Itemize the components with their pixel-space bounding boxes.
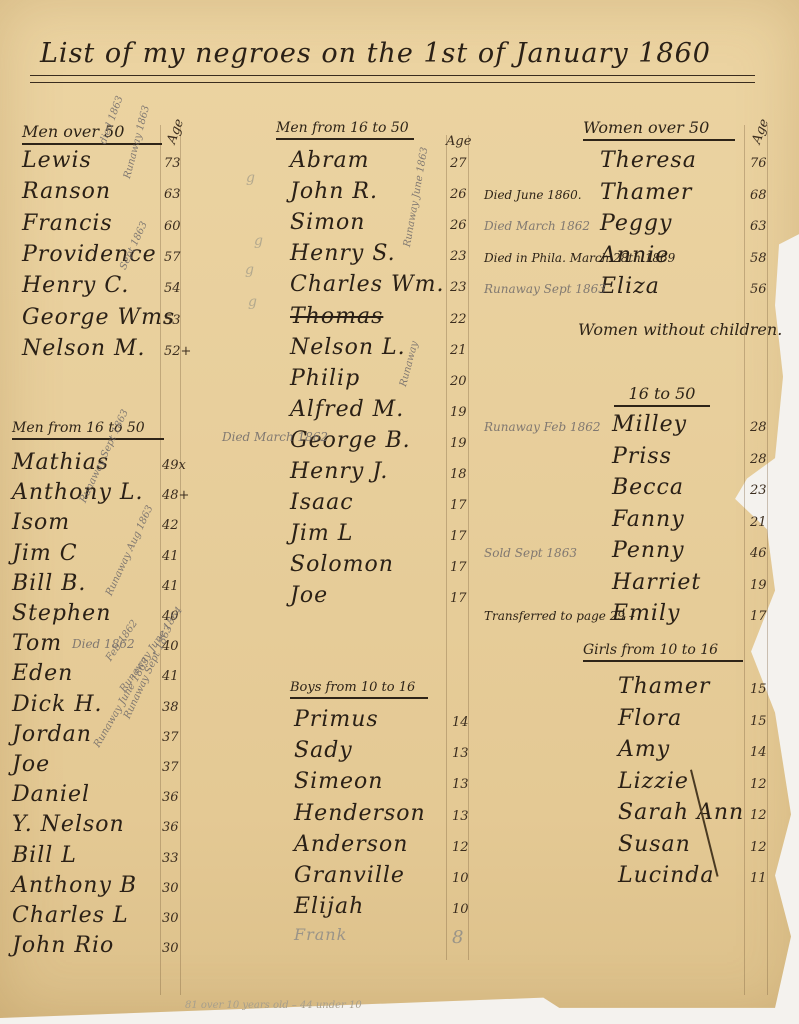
age-value: 36 bbox=[162, 820, 179, 835]
person-name: Thomas bbox=[290, 304, 383, 329]
person-name: Amy bbox=[618, 737, 670, 762]
person-name: Lucinda bbox=[618, 863, 715, 888]
age-value: 49x bbox=[162, 458, 186, 473]
age-value: 19 bbox=[750, 578, 767, 593]
person-name: Dick H. bbox=[12, 692, 103, 717]
section-heading-women-without-children: Women without children. bbox=[578, 320, 754, 341]
age-value: 17 bbox=[450, 560, 467, 575]
age-value: 42 bbox=[162, 518, 179, 533]
age-value: 10 bbox=[452, 902, 469, 917]
age-value: 37 bbox=[162, 730, 179, 745]
person-name: Henry C. bbox=[22, 273, 129, 298]
age-value: 21 bbox=[450, 343, 467, 358]
pencil-mark: g bbox=[254, 233, 263, 249]
age-value: 36 bbox=[162, 790, 179, 805]
age-value: 41 bbox=[162, 579, 179, 594]
person-name: Jim L bbox=[290, 521, 353, 546]
person-name: Francis bbox=[22, 211, 113, 236]
person-name: Sarah Ann bbox=[618, 800, 744, 825]
age-value: 58 bbox=[750, 251, 767, 266]
age-value: 54 bbox=[164, 281, 181, 296]
margin-annotation: Died March 1862 bbox=[222, 430, 328, 444]
person-name: Bill L bbox=[12, 843, 77, 868]
age-value: 13 bbox=[452, 777, 469, 792]
age-value: 30 bbox=[162, 881, 179, 896]
person-name: Simeon bbox=[294, 769, 383, 794]
age-value: 30 bbox=[162, 941, 179, 956]
age-value: 68 bbox=[750, 188, 767, 203]
pencil-mark: g bbox=[245, 262, 254, 278]
section-heading-boys-10-to-16: Boys from 10 to 16 bbox=[290, 680, 428, 699]
person-name: Abram bbox=[290, 148, 369, 173]
age-value: 52+ bbox=[164, 344, 191, 359]
person-name: Theresa bbox=[600, 148, 697, 173]
age-value: 33 bbox=[162, 851, 179, 866]
age-value: 12 bbox=[750, 777, 767, 792]
age-value: 60 bbox=[164, 219, 181, 234]
age-value: 19 bbox=[450, 436, 467, 451]
age-value: 22 bbox=[450, 312, 467, 327]
age-value: 15 bbox=[750, 682, 767, 697]
person-name: John R. bbox=[290, 179, 378, 204]
person-name: Charles L bbox=[12, 903, 129, 928]
margin-annotation: Died March 1862 bbox=[484, 219, 590, 233]
age-value: 37 bbox=[162, 760, 179, 775]
age-value: 56 bbox=[750, 282, 767, 297]
ruled-line bbox=[468, 135, 469, 960]
age-value: 17 bbox=[750, 609, 767, 624]
ruled-line bbox=[160, 125, 161, 995]
section-heading-girls-10-to-16: Girls from 10 to 16 bbox=[583, 642, 743, 662]
age-value: 12 bbox=[750, 840, 767, 855]
footer-pencil-note: 81 over 10 years old – 44 under 10 bbox=[185, 1000, 362, 1011]
age-value: 17 bbox=[450, 591, 467, 606]
age-value: 13 bbox=[452, 809, 469, 824]
age-value: 46 bbox=[750, 546, 767, 561]
age-value: 57 bbox=[164, 250, 181, 265]
ruled-line bbox=[767, 125, 768, 995]
person-name: Alfred M. bbox=[290, 397, 404, 422]
person-name: George Wms bbox=[22, 305, 175, 330]
pencil-mark: g bbox=[248, 294, 257, 310]
person-name: Isaac bbox=[290, 490, 354, 515]
margin-annotation: Runaway Feb 1862 bbox=[484, 420, 600, 434]
person-name: Henderson bbox=[294, 801, 426, 826]
age-value: 13 bbox=[452, 746, 469, 761]
section-subheading-16-to-50: 16 to 50 bbox=[614, 384, 710, 407]
person-name: Flora bbox=[618, 706, 682, 731]
person-name: Isom bbox=[12, 510, 70, 535]
person-name: Joe bbox=[12, 752, 50, 777]
age-value: 23 bbox=[450, 280, 467, 295]
ruled-line bbox=[446, 135, 447, 960]
age-value: 14 bbox=[452, 715, 469, 730]
person-name: Eden bbox=[12, 661, 73, 686]
person-name: Nelson M. bbox=[22, 336, 146, 361]
age-value: 12 bbox=[452, 840, 469, 855]
person-name: Joe bbox=[290, 583, 328, 608]
age-value: 26 bbox=[450, 187, 467, 202]
margin-annotation: Died June 1860. bbox=[484, 188, 582, 202]
title-underline bbox=[30, 75, 755, 83]
person-name: Jim C bbox=[12, 541, 78, 566]
age-value: 17 bbox=[450, 498, 467, 513]
age-value: 26 bbox=[450, 218, 467, 233]
age-value: 19 bbox=[450, 405, 467, 420]
person-name: Penny bbox=[612, 538, 685, 563]
age-value: 27 bbox=[450, 156, 467, 171]
person-name: Henry S. bbox=[290, 241, 396, 266]
person-name: Primus bbox=[294, 707, 379, 732]
person-name: Elijah bbox=[294, 894, 364, 919]
age-value: 28 bbox=[750, 452, 767, 467]
person-name: Anthony L. bbox=[12, 480, 144, 505]
age-value: 48+ bbox=[162, 488, 189, 503]
age-value: 41 bbox=[162, 669, 179, 684]
age-value: 14 bbox=[750, 745, 767, 760]
age-value: 30 bbox=[162, 911, 179, 926]
margin-annotation: Transferred to page 29 – bbox=[484, 609, 635, 623]
person-name: Lewis bbox=[22, 148, 92, 173]
person-name: Susan bbox=[618, 832, 691, 857]
person-name: Jordan bbox=[12, 722, 92, 747]
age-value: 8 bbox=[452, 927, 463, 948]
person-name: Fanny bbox=[612, 507, 685, 532]
person-name: Lizzie bbox=[618, 769, 689, 794]
person-name: Y. Nelson bbox=[12, 812, 125, 837]
person-name: Peggy bbox=[600, 211, 672, 236]
person-name: Priss bbox=[612, 444, 672, 469]
section-heading-women-over-50: Women over 50 bbox=[583, 118, 735, 141]
age-value: 28 bbox=[750, 420, 767, 435]
person-name: Nelson L. bbox=[290, 335, 406, 360]
person-name: Granville bbox=[294, 863, 405, 888]
age-value: 10 bbox=[452, 871, 469, 886]
person-name: Anthony B bbox=[12, 873, 137, 898]
age-value: 38 bbox=[162, 700, 179, 715]
age-value: 76 bbox=[750, 156, 767, 171]
margin-annotation: Died in Phila. March 28th 1869 bbox=[484, 251, 675, 265]
person-name: Harriet bbox=[612, 570, 701, 595]
age-value: 21 bbox=[750, 515, 767, 530]
person-name: Sady bbox=[294, 738, 353, 763]
age-value: 23 bbox=[750, 483, 767, 498]
section-heading-men-16-to-50: Men from 16 to 50 bbox=[12, 420, 164, 440]
person-name: Ranson bbox=[22, 179, 111, 204]
age-value: 73 bbox=[164, 156, 181, 171]
person-name: Thamer bbox=[618, 674, 710, 699]
person-name: Becca bbox=[612, 475, 684, 500]
person-name: Anderson bbox=[294, 832, 408, 857]
person-name: John Rio bbox=[12, 933, 114, 958]
age-value: 53 bbox=[164, 313, 181, 328]
pencil-mark: g bbox=[246, 170, 255, 186]
person-name: Charles Wm. bbox=[290, 272, 444, 297]
age-value: 23 bbox=[450, 249, 467, 264]
person-name: Milley bbox=[612, 412, 687, 437]
person-name: Daniel bbox=[12, 782, 90, 807]
person-name: Tom bbox=[12, 631, 62, 656]
margin-annotation: Sold Sept 1863 bbox=[484, 546, 577, 560]
person-name: Thamer bbox=[600, 180, 692, 205]
person-name: Bill B. bbox=[12, 571, 86, 596]
age-value: 18 bbox=[450, 467, 467, 482]
age-value: 20 bbox=[450, 374, 467, 389]
page-title: List of my negroes on the 1st of January… bbox=[30, 38, 765, 69]
age-value: 17 bbox=[450, 529, 467, 544]
age-value: 63 bbox=[164, 187, 181, 202]
section-heading-men-16-to-50-right: Men from 16 to 50 bbox=[276, 120, 414, 140]
age-value: 11 bbox=[750, 871, 767, 886]
margin-annotation: Runaway Sept 1863 bbox=[484, 282, 606, 296]
person-name: Simon bbox=[290, 210, 365, 235]
age-value: 12 bbox=[750, 808, 767, 823]
age-value: 41 bbox=[162, 549, 179, 564]
age-value: 63 bbox=[750, 219, 767, 234]
age-value: 15 bbox=[750, 714, 767, 729]
person-name: Eliza bbox=[600, 274, 660, 299]
person-name: Solomon bbox=[290, 552, 394, 577]
person-name: Frank bbox=[294, 925, 347, 944]
person-name: Henry J. bbox=[290, 459, 388, 484]
ruled-line bbox=[744, 125, 745, 995]
person-name: Stephen bbox=[12, 601, 111, 626]
person-name: Philip bbox=[290, 366, 360, 391]
age-column-label: Age bbox=[446, 134, 471, 149]
